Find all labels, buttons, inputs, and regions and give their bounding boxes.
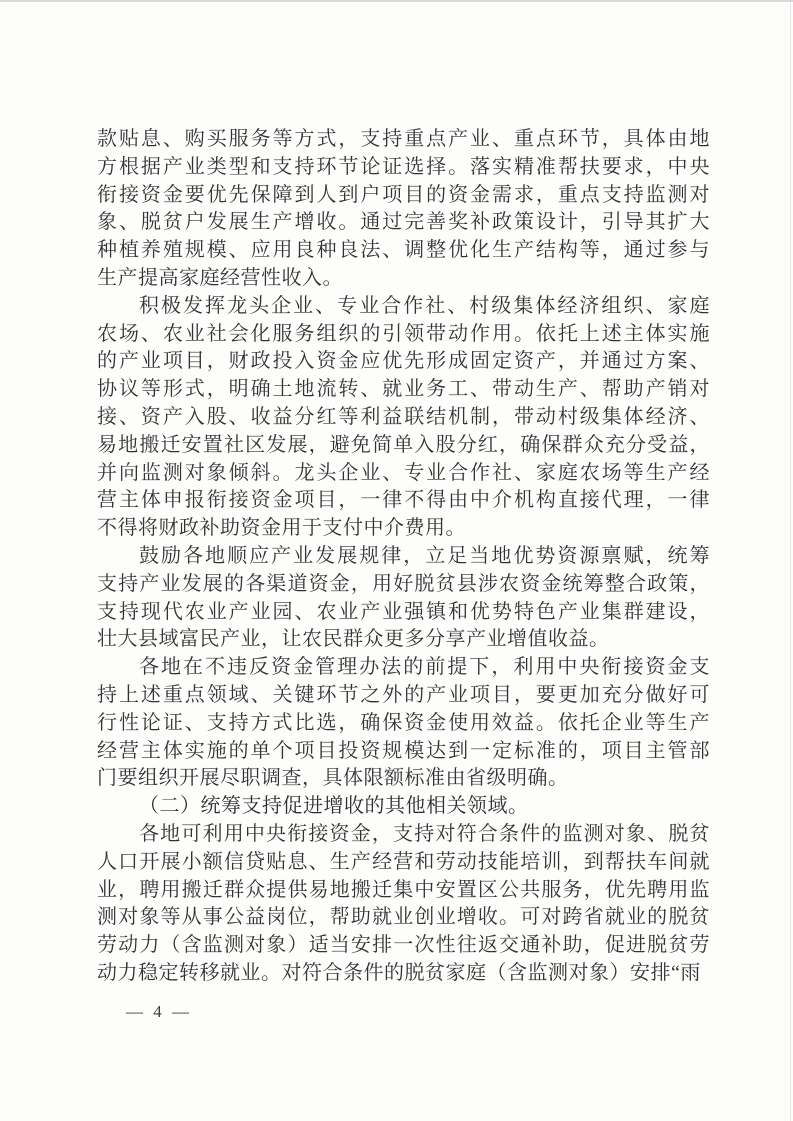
text-line: 支持现代农业产业园、农业产业强镇和优势特色产业集群建设， xyxy=(97,599,710,627)
text-line: 象、脱贫户发展生产增收。通过完善奖补政策设计，引导其扩大 xyxy=(97,209,710,237)
text-line: 的产业项目，财政投入资金应优先形成固定资产，并通过方案、 xyxy=(97,348,710,376)
document-body: 款贴息、购买服务等方式，支持重点产业、重点环节，具体由地方根据产业类型和支持环节… xyxy=(97,126,710,988)
paragraph: 各地在不违反资金管理办法的前提下，利用中央衔接资金支持上述重点领域、关键环节之外… xyxy=(97,654,710,793)
text-line: 协议等形式，明确土地流转、就业务工、带动生产、帮助产销对 xyxy=(97,376,710,404)
text-line: 各地可利用中央衔接资金，支持对符合条件的监测对象、脱贫 xyxy=(97,821,710,849)
text-line: 生产提高家庭经营性收入。 xyxy=(97,265,710,293)
document-page: 款贴息、购买服务等方式，支持重点产业、重点环节，具体由地方根据产业类型和支持环节… xyxy=(0,0,793,1121)
text-line: （二）统筹支持促进增收的其他相关领域。 xyxy=(97,793,710,821)
text-line: 行性论证、支持方式比选，确保资金使用效益。依托企业等生产 xyxy=(97,710,710,738)
text-line: 各地在不违反资金管理办法的前提下，利用中央衔接资金支 xyxy=(97,654,710,682)
text-line: 衔接资金要优先保障到人到户项目的资金需求，重点支持监测对 xyxy=(97,182,710,210)
text-line: 持上述重点领域、关键环节之外的产业项目，要更加充分做好可 xyxy=(97,682,710,710)
text-line: 壮大县域富民产业，让农民群众更多分享产业增值收益。 xyxy=(97,626,710,654)
text-line: 鼓励各地顺应产业发展规律，立足当地优势资源禀赋，统筹 xyxy=(97,543,710,571)
paragraph: 鼓励各地顺应产业发展规律，立足当地优势资源禀赋，统筹支持产业发展的各渠道资金，用… xyxy=(97,543,710,654)
text-line: 不得将财政补助资金用于支付中介费用。 xyxy=(97,515,710,543)
text-line: 经营主体实施的单个项目投资规模达到一定标准的，项目主管部 xyxy=(97,738,710,766)
text-line: 并向监测对象倾斜。龙头企业、专业合作社、家庭农场等生产经 xyxy=(97,460,710,488)
text-line: 营主体申报衔接资金项目，一律不得由中介机构直接代理，一律 xyxy=(97,487,710,515)
section-heading: （二）统筹支持促进增收的其他相关领域。 xyxy=(97,793,710,821)
scan-edge-right xyxy=(790,0,791,1121)
text-line: 种植养殖规模、应用良种良法、调整优化生产结构等，通过参与 xyxy=(97,237,710,265)
paragraph: 积极发挥龙头企业、专业合作社、村级集体经济组织、家庭农场、农业社会化服务组织的引… xyxy=(97,293,710,543)
scan-edge-top xyxy=(0,0,793,2)
page-number: — 4 — xyxy=(126,1002,190,1022)
text-line: 劳动力（含监测对象）适当安排一次性往返交通补助，促进脱贫劳 xyxy=(97,932,710,960)
text-line: 接、资产入股、收益分红等利益联结机制，带动村级集体经济、 xyxy=(97,404,710,432)
paragraph: 各地可利用中央衔接资金，支持对符合条件的监测对象、脱贫人口开展小额信贷贴息、生产… xyxy=(97,821,710,988)
text-line: 门要组织开展尽职调查，具体限额标准由省级明确。 xyxy=(97,765,710,793)
text-line: 农场、农业社会化服务组织的引领带动作用。依托上述主体实施 xyxy=(97,321,710,349)
text-line: 动力稳定转移就业。对符合条件的脱贫家庭（含监测对象）安排“雨 xyxy=(97,960,710,988)
paragraph: 款贴息、购买服务等方式，支持重点产业、重点环节，具体由地方根据产业类型和支持环节… xyxy=(97,126,710,293)
text-line: 人口开展小额信贷贴息、生产经营和劳动技能培训，到帮扶车间就 xyxy=(97,849,710,877)
text-line: 积极发挥龙头企业、专业合作社、村级集体经济组织、家庭 xyxy=(97,293,710,321)
text-line: 款贴息、购买服务等方式，支持重点产业、重点环节，具体由地 xyxy=(97,126,710,154)
text-line: 易地搬迁安置社区发展，避免简单入股分红，确保群众充分受益， xyxy=(97,432,710,460)
text-line: 方根据产业类型和支持环节论证选择。落实精准帮扶要求，中央 xyxy=(97,154,710,182)
text-line: 业，聘用搬迁群众提供易地搬迁集中安置区公共服务，优先聘用监 xyxy=(97,877,710,905)
text-line: 测对象等从事公益岗位，帮助就业创业增收。可对跨省就业的脱贫 xyxy=(97,904,710,932)
text-line: 支持产业发展的各渠道资金，用好脱贫县涉农资金统筹整合政策， xyxy=(97,571,710,599)
